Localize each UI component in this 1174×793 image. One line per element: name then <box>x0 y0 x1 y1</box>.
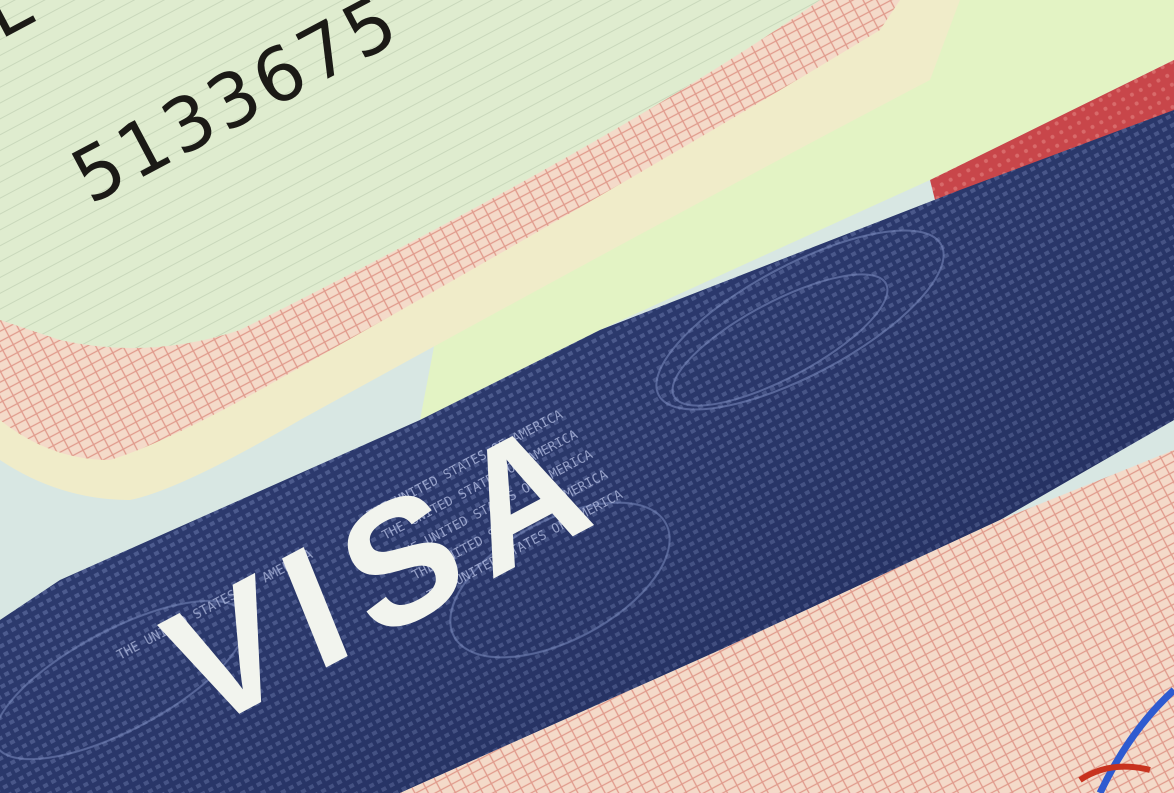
visa-photo: THE UNITED STATES OF AMERICA THE UNITED … <box>0 0 1174 793</box>
visa-photo-illustration: THE UNITED STATES OF AMERICA THE UNITED … <box>0 0 1174 793</box>
